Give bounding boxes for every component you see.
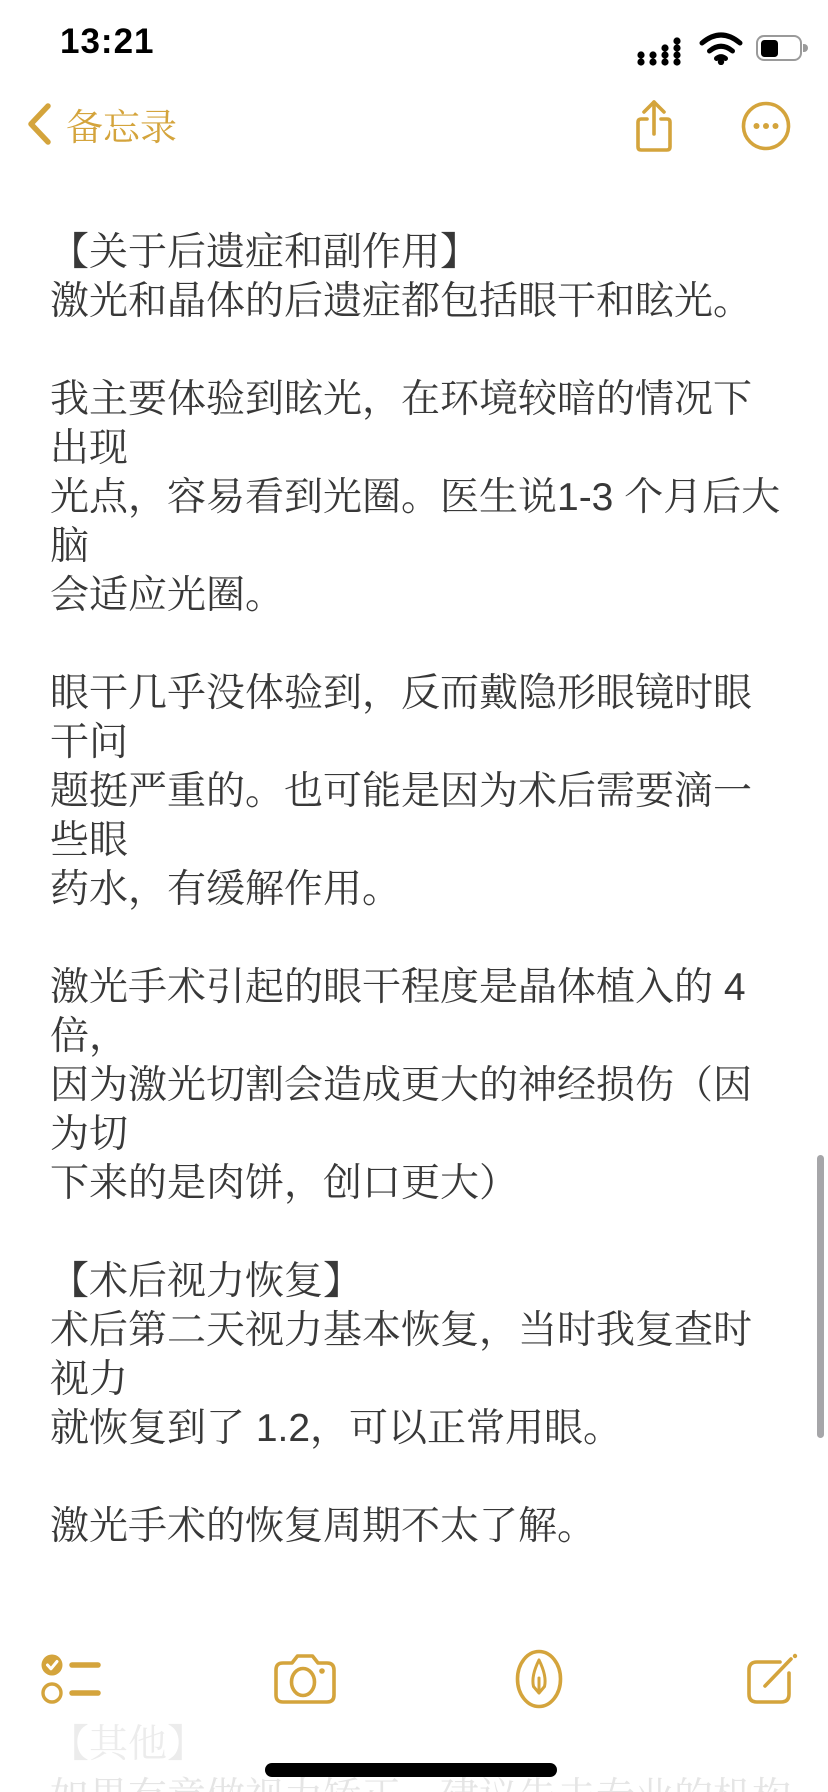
scrollbar[interactable] [817, 1155, 824, 1438]
chevron-left-icon [26, 102, 52, 146]
status-icons [634, 30, 808, 66]
wifi-icon [698, 31, 744, 65]
faded-section-title: 【其他】 [50, 1720, 206, 1769]
back-button[interactable]: 备忘录 [26, 98, 177, 150]
markup-pen-icon [514, 1648, 564, 1710]
camera-button[interactable] [270, 1644, 340, 1714]
compose-icon [744, 1651, 800, 1707]
home-indicator[interactable] [265, 1763, 557, 1777]
back-button-label: 备忘录 [66, 97, 177, 151]
markup-button[interactable] [504, 1644, 574, 1714]
checklist-icon [41, 1652, 103, 1706]
compose-button[interactable] [737, 1644, 807, 1714]
ellipsis-circle-icon [740, 100, 792, 152]
battery-icon [756, 35, 808, 61]
share-button[interactable] [626, 98, 682, 154]
share-icon [632, 98, 676, 154]
notes-app-screen: 13:21 [0, 0, 828, 1792]
more-button[interactable] [738, 98, 794, 154]
status-time: 13:21 [60, 22, 155, 62]
note-body[interactable]: 【关于后遗症和副作用】 激光和晶体的后遗症都包括眼干和眩光。 我主要体验到眩光，… [50, 228, 784, 1551]
cellular-signal-icon [634, 30, 686, 66]
checklist-button[interactable] [37, 1644, 107, 1714]
camera-icon [273, 1653, 337, 1705]
